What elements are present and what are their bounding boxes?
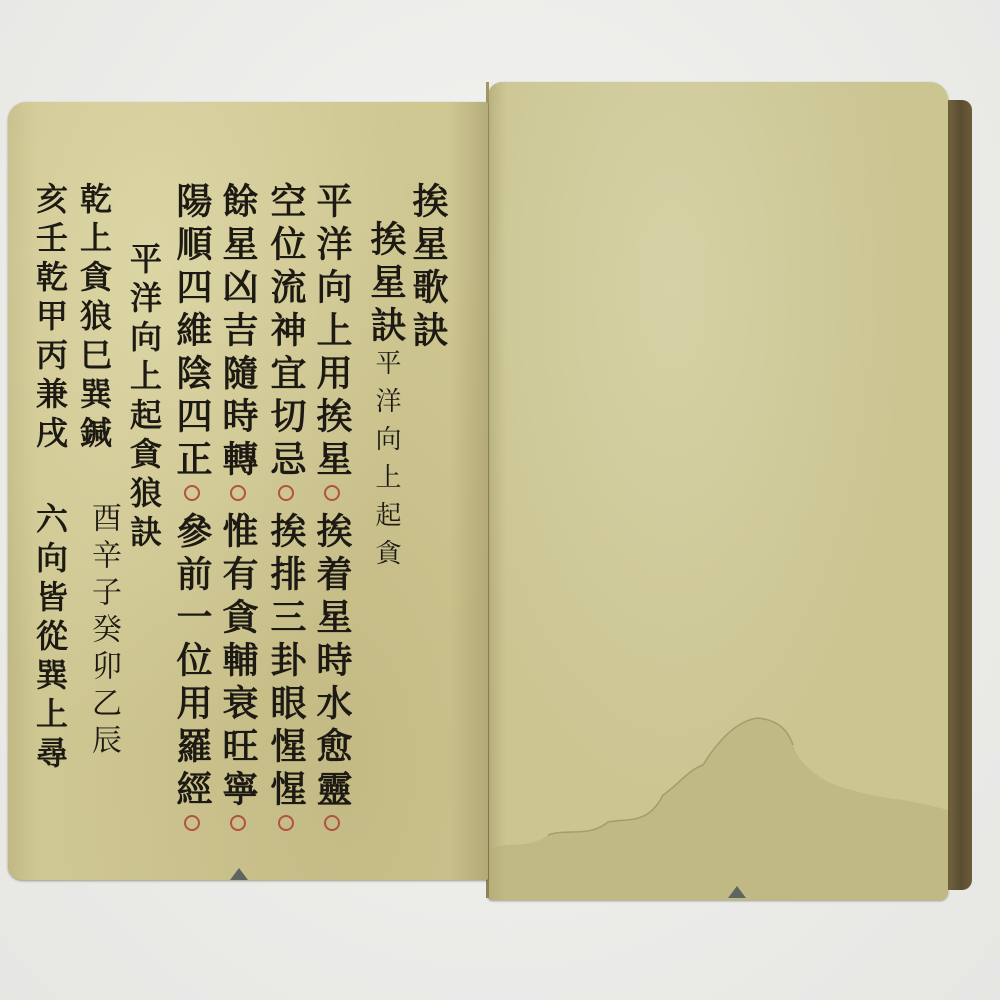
verse-text: 乾上貪狼巳巽鍼 — [75, 182, 113, 455]
verse-text: 六向皆從巽上尋 — [31, 502, 69, 775]
section-title: 挨星歌訣 — [410, 182, 446, 354]
verse-line-4: 挨排三卦眼惺惺 — [268, 512, 304, 831]
verse-text: 空位流神宜切忌 — [265, 182, 307, 483]
verse-text: 亥壬乾甲丙兼戌 — [31, 182, 69, 455]
verse-text: 陽順四維陰四正 — [171, 182, 213, 483]
right-page-blank — [488, 82, 948, 900]
verse-text: 挨着星時水愈靈 — [311, 512, 353, 813]
verse-text: 餘星凶吉隨時轉 — [217, 182, 259, 483]
heading-text: 平洋向上起貪狼訣 — [125, 242, 163, 554]
red-punctuation-mark — [230, 815, 246, 831]
red-punctuation-mark — [184, 815, 200, 831]
verse-text: 惟有貪輔衰旺寧 — [217, 512, 259, 813]
verse-line-2: 挨着星時水愈靈 — [314, 512, 350, 831]
red-punctuation-mark — [230, 485, 246, 501]
verse-text: 平洋向上用挨星 — [311, 182, 353, 483]
verse-line-6: 惟有貪輔衰旺寧 — [220, 512, 256, 831]
verse-line-12: 六向皆從巽上尋 — [34, 502, 66, 775]
verse-line-10: 酉辛子癸卯乙辰 — [88, 502, 118, 761]
verse-line-3: 空位流神宜切忌 — [268, 182, 304, 501]
title-text: 挨星歌訣 — [407, 182, 449, 354]
open-book: 挨星歌訣 挨星訣平洋向上起貪 平洋向上用挨星 挨着星時水愈靈 空位流神宜切忌 挨… — [0, 0, 1000, 1000]
verse-line-1: 平洋向上用挨星 — [314, 182, 350, 501]
verse-line-8: 參前一位用羅經 — [174, 512, 210, 831]
red-punctuation-mark — [278, 485, 294, 501]
subtitle-text: 挨星訣 — [365, 220, 407, 349]
page-damage — [230, 868, 248, 880]
page-damage — [728, 886, 746, 898]
verse-line-9: 乾上貪狼巳巽鍼 — [78, 182, 110, 455]
subtitle-column: 挨星訣平洋向上起貪 — [368, 220, 404, 577]
verse-text: 參前一位用羅經 — [171, 512, 213, 813]
verse-line-5: 餘星凶吉隨時轉 — [220, 182, 256, 501]
verse-text: 酉辛子癸卯乙辰 — [86, 502, 121, 761]
verse-line-7: 陽順四維陰四正 — [174, 182, 210, 501]
water-stain — [488, 700, 948, 900]
red-punctuation-mark — [278, 815, 294, 831]
subsection-heading: 平洋向上起貪狼訣 — [128, 242, 160, 554]
left-page: 挨星歌訣 挨星訣平洋向上起貪 平洋向上用挨星 挨着星時水愈靈 空位流神宜切忌 挨… — [8, 102, 488, 880]
verse-text: 挨排三卦眼惺惺 — [265, 512, 307, 813]
book-edge — [944, 100, 972, 890]
red-punctuation-mark — [324, 485, 340, 501]
verse-line-11: 亥壬乾甲丙兼戌 — [34, 182, 66, 455]
red-punctuation-mark — [324, 815, 340, 831]
subtitle-annotation: 平洋向上起貪 — [371, 349, 401, 577]
red-punctuation-mark — [184, 485, 200, 501]
